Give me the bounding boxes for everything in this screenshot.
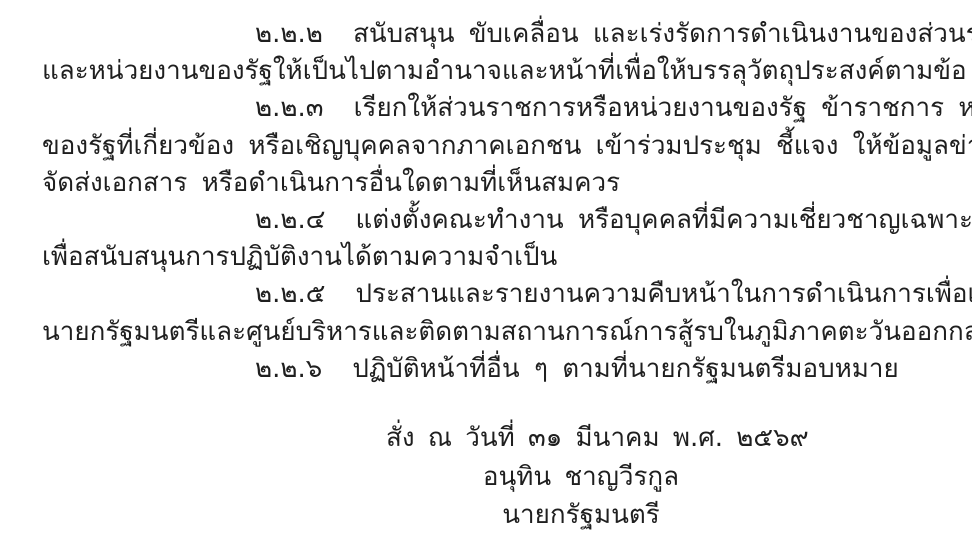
clause-text: เพื่อสนับสนุนการปฏิบัติงานได้ตามความจำเป… (42, 242, 557, 272)
clause-2-2-3-line-3: จัดส่งเอกสาร หรือดำเนินการอื่นใดตามที่เห… (42, 165, 938, 202)
issued-date-line: สั่ง ณ วันที่ ๓๑ มีนาคม พ.ศ. ๒๕๖๙ (386, 419, 776, 458)
clause-text: แต่งตั้งคณะทำงาน หรือบุคคลที่มีความเชี่ย… (355, 205, 972, 235)
document-page: ๒.๒.๒สนับสนุน ขับเคลื่อน และเร่งรัดการดำ… (0, 0, 972, 558)
signer-name: อนุทิน ชาญวีรกูล (386, 458, 776, 497)
clause-number: ๒.๒.๖ (255, 351, 322, 388)
document-body: ๒.๒.๒สนับสนุน ขับเคลื่อน และเร่งรัดการดำ… (42, 16, 938, 388)
clause-number: ๒.๒.๔ (255, 202, 325, 239)
clause-text: นายกรัฐมนตรีและศูนย์บริหารและติดตามสถานก… (42, 317, 972, 347)
clause-text: สนับสนุน ขับเคลื่อน และเร่งรัดการดำเนินง… (353, 19, 972, 49)
clause-2-2-5-line-1: ๒.๒.๕ประสานและรายงานความคืบหน้าในการดำเน… (42, 276, 938, 313)
clause-text: ประสานและรายงานความคืบหน้าในการดำเนินการ… (355, 279, 972, 309)
signer-title: นายกรัฐมนตรี (386, 496, 776, 535)
clause-text: ของรัฐที่เกี่ยวข้อง หรือเชิญบุคคลจากภาคเ… (42, 131, 972, 161)
clause-2-2-2-line-1: ๒.๒.๒สนับสนุน ขับเคลื่อน และเร่งรัดการดำ… (42, 16, 938, 53)
clause-number: ๒.๒.๓ (255, 90, 324, 127)
clause-2-2-3-line-1: ๒.๒.๓เรียกให้ส่วนราชการหรือหน่วยงานของรั… (42, 90, 938, 127)
clause-2-2-6-line-1: ๒.๒.๖ปฏิบัติหน้าที่อื่น ๆ ตามที่นายกรัฐม… (42, 351, 938, 388)
clause-number: ๒.๒.๕ (255, 276, 325, 313)
clause-text: จัดส่งเอกสาร หรือดำเนินการอื่นใดตามที่เห… (42, 168, 620, 198)
clause-2-2-5-line-2: นายกรัฐมนตรีและศูนย์บริหารและติดตามสถานก… (42, 314, 938, 351)
clause-2-2-2-line-2: และหน่วยงานของรัฐให้เป็นไปตามอำนาจและหน้… (42, 53, 938, 90)
clause-2-2-4-line-2: เพื่อสนับสนุนการปฏิบัติงานได้ตามความจำเป… (42, 239, 938, 276)
clause-2-2-4-line-1: ๒.๒.๔แต่งตั้งคณะทำงาน หรือบุคคลที่มีความ… (42, 202, 938, 239)
clause-number: ๒.๒.๒ (255, 16, 323, 53)
clause-text: เรียกให้ส่วนราชการหรือหน่วยงานของรัฐ ข้า… (354, 93, 972, 123)
clause-2-2-3-line-2: ของรัฐที่เกี่ยวข้อง หรือเชิญบุคคลจากภาคเ… (42, 128, 938, 165)
closing-block: สั่ง ณ วันที่ ๓๑ มีนาคม พ.ศ. ๒๕๖๙ อนุทิน… (386, 419, 776, 535)
clause-text: และหน่วยงานของรัฐให้เป็นไปตามอำนาจและหน้… (42, 56, 972, 86)
clause-text: ปฏิบัติหน้าที่อื่น ๆ ตามที่นายกรัฐมนตรีม… (352, 354, 898, 384)
